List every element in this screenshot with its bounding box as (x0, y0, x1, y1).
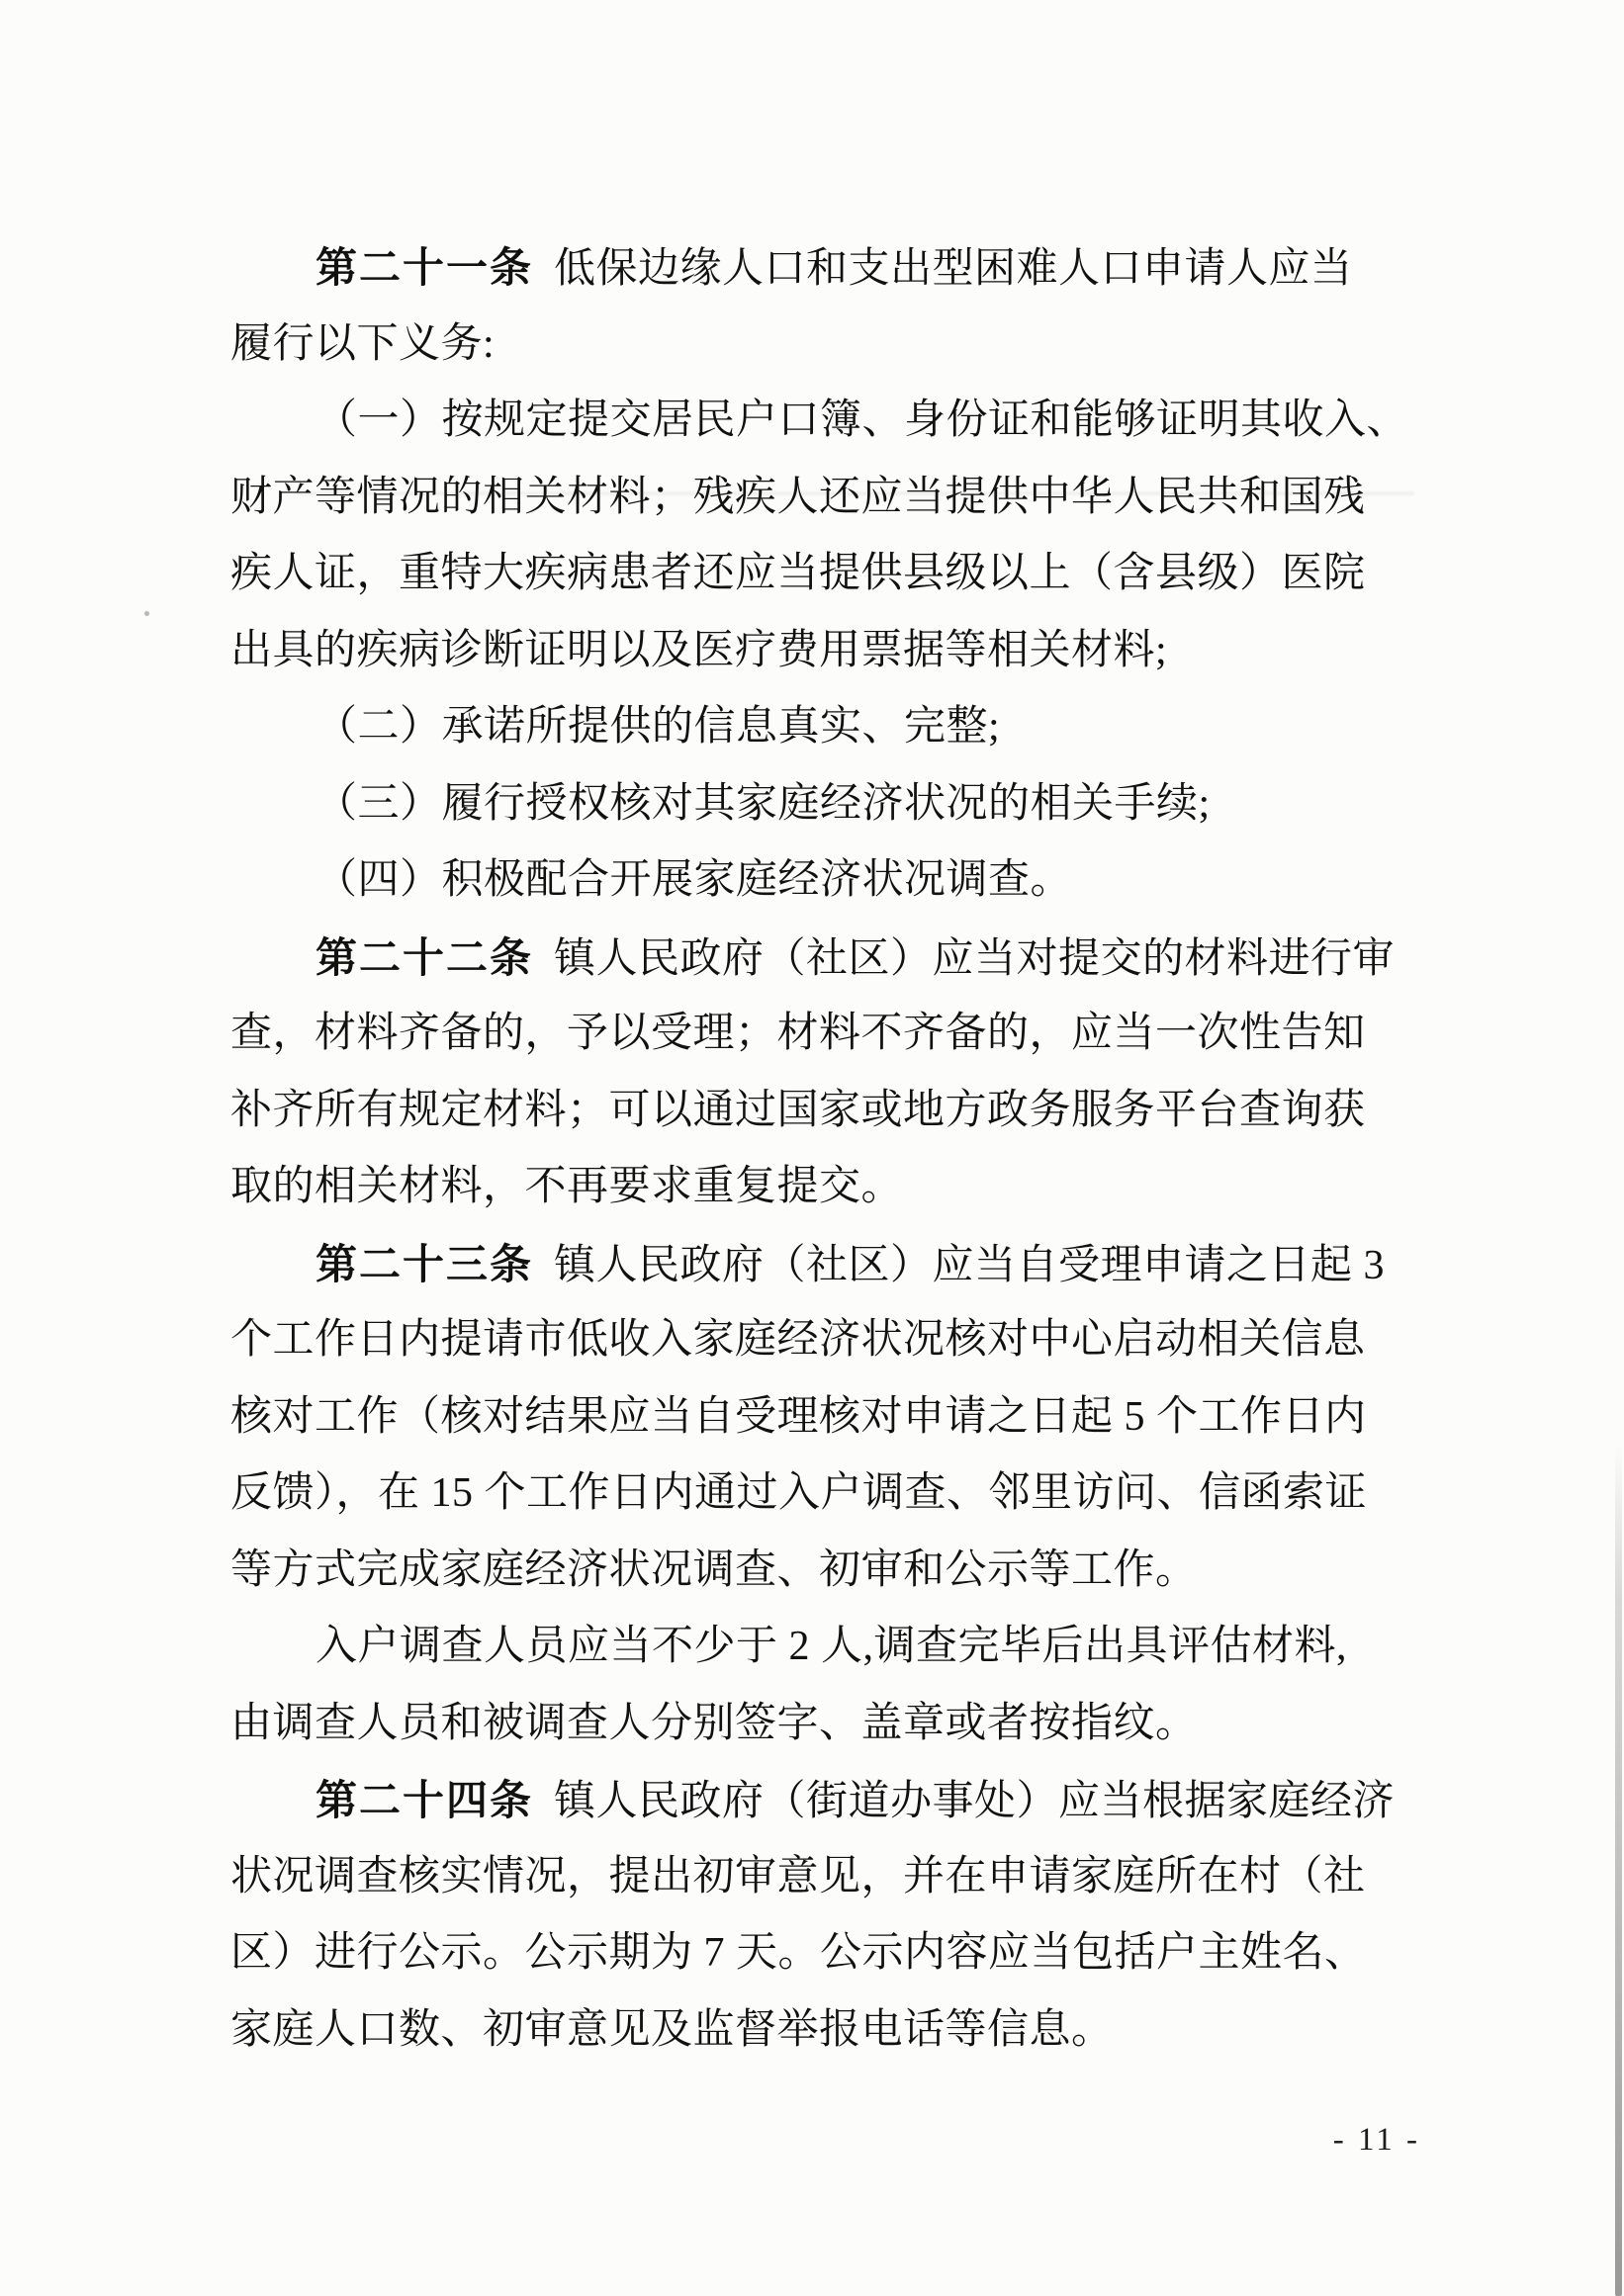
text-block: 第二十一条低保边缘人口和支出型困难人口申请人应当履行以下义务:（一）按规定提交居… (230, 229, 1416, 2069)
scan-streak-artifact (297, 491, 1414, 495)
page-number: - 11 - (1333, 2122, 1420, 2159)
text-line: 反馈），在 15 个工作日内通过入户调查、邻里访问、信函索证 (230, 1456, 1416, 1533)
text-line: 出具的疾病诊断证明以及医疗费用票据等相关材料; (230, 613, 1416, 690)
text-line: 核对工作（核对结果应当自受理核对申请之日起 5 个工作日内 (230, 1379, 1416, 1457)
paragraph: 第二十三条镇人民政府（社区）应当自受理申请之日起 3个工作日内提请市低收入家庭经… (230, 1226, 1416, 1610)
paragraph: （二）承诺所提供的信息真实、完整; (230, 689, 1416, 766)
paragraph: （三）履行授权核对其家庭经济状况的相关手续; (230, 766, 1416, 843)
paragraph: （一）按规定提交居民户口簿、身份证和能够证明其收入、财产等情况的相关材料；残疾人… (230, 383, 1416, 689)
paragraph: 第二十四条镇人民政府（街道办事处）应当根据家庭经济状况调查核实情况，提出初审意见… (230, 1762, 1416, 2069)
text-line: 第二十四条镇人民政府（街道办事处）应当根据家庭经济 (230, 1762, 1416, 1839)
scan-edge-artifact (1615, 1444, 1622, 2296)
text-line: （一）按规定提交居民户口簿、身份证和能够证明其收入、 (230, 383, 1416, 460)
article-number: 第二十一条 (316, 244, 533, 291)
paragraph: 第二十二条镇人民政府（社区）应当对提交的材料进行审查，材料齐备的，予以受理；材料… (230, 920, 1416, 1226)
text-line: 入户调查人员应当不少于 2 人,调查完毕后出具评估材料, (230, 1609, 1416, 1686)
text-line: 查，材料齐备的，予以受理；材料不齐备的，应当一次性告知 (230, 996, 1416, 1073)
text-line: 财产等情况的相关材料；残疾人还应当提供中华人民共和国残 (230, 460, 1416, 537)
text-line: 履行以下义务: (230, 307, 1416, 384)
text-line: 家庭人口数、初审意见及监督举报电话等信息。 (230, 1992, 1416, 2070)
text-line: 由调查人员和被调查人分别签字、盖章或者按指纹。 (230, 1686, 1416, 1763)
article-number: 第二十四条 (316, 1777, 533, 1823)
article-number: 第二十二条 (316, 934, 533, 981)
text-line: （二）承诺所提供的信息真实、完整; (230, 689, 1416, 766)
scan-speck-artifact (144, 611, 149, 616)
paragraph: 入户调查人员应当不少于 2 人,调查完毕后出具评估材料,由调查人员和被调查人分别… (230, 1609, 1416, 1762)
text-line: 取的相关材料，不再要求重复提交。 (230, 1149, 1416, 1226)
text-line: 状况调查核实情况，提出初审意见，并在申请家庭所在村（社 (230, 1839, 1416, 1916)
text-line: （四）积极配合开展家庭经济状况调查。 (230, 842, 1416, 920)
text-line: 个工作日内提请市低收入家庭经济状况核对中心启动相关信息 (230, 1302, 1416, 1379)
paragraph: 第二十一条低保边缘人口和支出型困难人口申请人应当履行以下义务: (230, 229, 1416, 383)
text-line: 区）进行公示。公示期为 7 天。公示内容应当包括户主姓名、 (230, 1915, 1416, 1992)
text-line: 疾人证，重特大疾病患者还应当提供县级以上（含县级）医院 (230, 536, 1416, 613)
text-line: 第二十一条低保边缘人口和支出型困难人口申请人应当 (230, 229, 1416, 307)
text-line: （三）履行授权核对其家庭经济状况的相关手续; (230, 766, 1416, 843)
text-line: 第二十三条镇人民政府（社区）应当自受理申请之日起 3 (230, 1226, 1416, 1303)
text-line: 补齐所有规定材料；可以通过国家或地方政务服务平台查询获 (230, 1073, 1416, 1150)
document-page: 第二十一条低保边缘人口和支出型困难人口申请人应当履行以下义务:（一）按规定提交居… (0, 0, 1624, 2296)
text-line: 等方式完成家庭经济状况调查、初审和公示等工作。 (230, 1533, 1416, 1610)
article-number: 第二十三条 (316, 1241, 533, 1287)
paragraph: （四）积极配合开展家庭经济状况调查。 (230, 842, 1416, 920)
text-line: 第二十二条镇人民政府（社区）应当对提交的材料进行审 (230, 920, 1416, 997)
